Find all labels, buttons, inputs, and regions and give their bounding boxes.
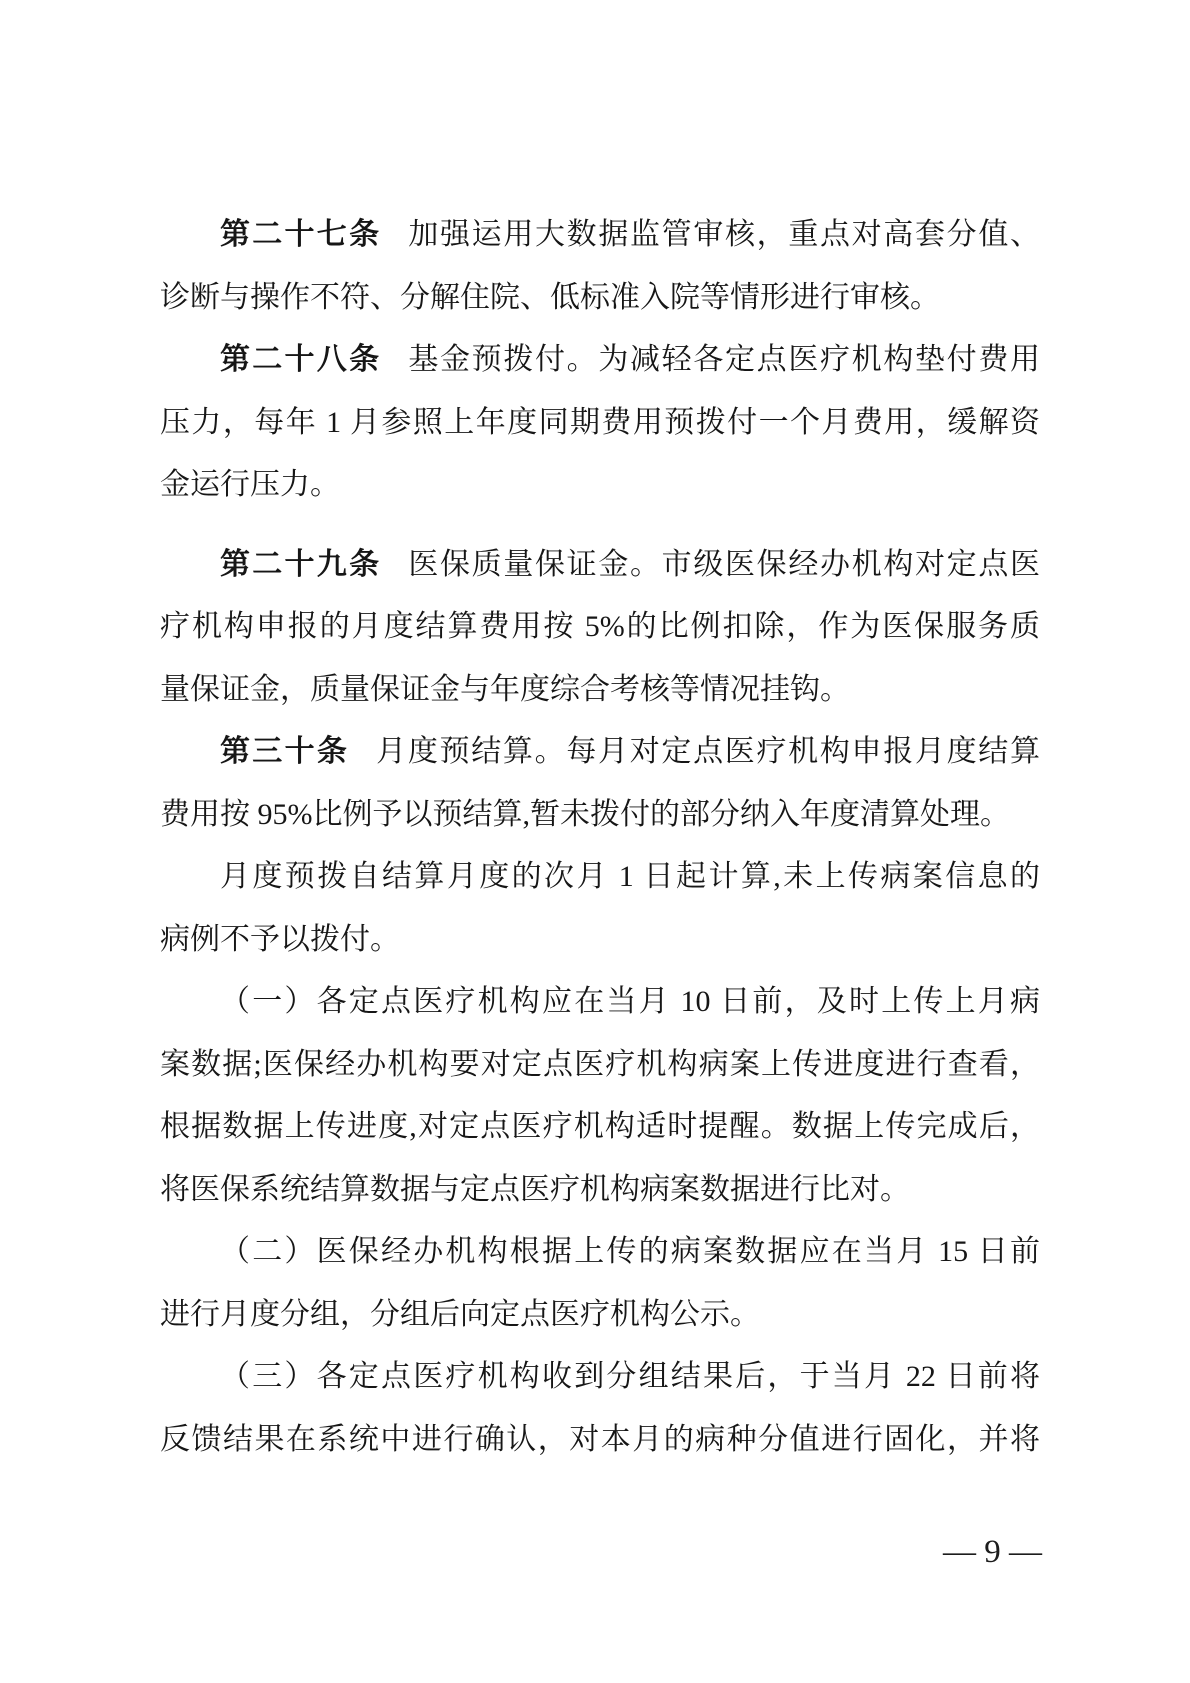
page-number: — 9 — bbox=[943, 1532, 1042, 1572]
article-28-paragraph: 第二十八条基金预拨付。为减轻各定点医疗机构垫付费用 压力，每年 1 月参照上年度… bbox=[160, 329, 1040, 517]
text-line: 诊断与操作不符、分解住院、低标准入院等情形进行审核。 bbox=[160, 267, 1040, 330]
article-number: 第三十条 bbox=[220, 735, 349, 768]
article-number: 第二十七条 bbox=[220, 218, 381, 251]
item-1-paragraph: （一）各定点医疗机构应在当月 10 日前，及时上传上月病 案数据;医保经办机构要… bbox=[160, 971, 1040, 1221]
text-line: 案数据;医保经办机构要对定点医疗机构病案上传进度进行查看， bbox=[160, 1034, 1040, 1097]
text-line: 第二十八条基金预拨付。为减轻各定点医疗机构垫付费用 bbox=[160, 329, 1040, 392]
article-text: 加强运用大数据监管审核，重点对高套分值、 bbox=[408, 218, 1040, 251]
text-line: 量保证金，质量保证金与年度综合考核等情况挂钩。 bbox=[160, 659, 1040, 722]
text-line: 根据数据上传进度,对定点医疗机构适时提醒。数据上传完成后， bbox=[160, 1096, 1040, 1159]
text-line: 将医保系统结算数据与定点医疗机构病案数据进行比对。 bbox=[160, 1159, 1040, 1222]
article-text: 医保质量保证金。市级医保经办机构对定点医 bbox=[408, 548, 1040, 581]
article-text: 基金预拨付。为减轻各定点医疗机构垫付费用 bbox=[408, 343, 1040, 376]
article-number: 第二十八条 bbox=[220, 343, 381, 376]
document-body: 第二十七条加强运用大数据监管审核，重点对高套分值、 诊断与操作不符、分解住院、低… bbox=[160, 204, 1040, 1471]
text-line: 压力，每年 1 月参照上年度同期费用预拨付一个月费用，缓解资 bbox=[160, 392, 1040, 455]
text-line: 第二十七条加强运用大数据监管审核，重点对高套分值、 bbox=[160, 204, 1040, 267]
article-30-paragraph: 第三十条月度预结算。每月对定点医疗机构申报月度结算 费用按 95%比例予以预结算… bbox=[160, 721, 1040, 846]
article-number: 第二十九条 bbox=[220, 548, 381, 581]
text-line: 反馈结果在系统中进行确认，对本月的病种分值进行固化，并将 bbox=[160, 1409, 1040, 1472]
text-line: （三）各定点医疗机构收到分组结果后，于当月 22 日前将 bbox=[160, 1346, 1040, 1409]
text-line: 进行月度分组，分组后向定点医疗机构公示。 bbox=[160, 1284, 1040, 1347]
text-line: 疗机构申报的月度结算费用按 5%的比例扣除，作为医保服务质 bbox=[160, 596, 1040, 659]
item-2-paragraph: （二）医保经办机构根据上传的病案数据应在当月 15 日前 进行月度分组，分组后向… bbox=[160, 1221, 1040, 1346]
text-line: 病例不予以拨付。 bbox=[160, 909, 1040, 972]
text-line: （一）各定点医疗机构应在当月 10 日前，及时上传上月病 bbox=[160, 971, 1040, 1034]
article-29-paragraph: 第二十九条医保质量保证金。市级医保经办机构对定点医 疗机构申报的月度结算费用按 … bbox=[160, 534, 1040, 722]
text-line: 费用按 95%比例予以预结算,暂未拨付的部分纳入年度清算处理。 bbox=[160, 784, 1040, 847]
text-line: 第二十九条医保质量保证金。市级医保经办机构对定点医 bbox=[160, 534, 1040, 597]
text-line: 月度预拨自结算月度的次月 1 日起计算,未上传病案信息的 bbox=[160, 846, 1040, 909]
article-27-paragraph: 第二十七条加强运用大数据监管审核，重点对高套分值、 诊断与操作不符、分解住院、低… bbox=[160, 204, 1040, 329]
text-line: 金运行压力。 bbox=[160, 454, 1040, 517]
text-line: 第三十条月度预结算。每月对定点医疗机构申报月度结算 bbox=[160, 721, 1040, 784]
continuation-paragraph: 月度预拨自结算月度的次月 1 日起计算,未上传病案信息的 病例不予以拨付。 bbox=[160, 846, 1040, 971]
text-line: （二）医保经办机构根据上传的病案数据应在当月 15 日前 bbox=[160, 1221, 1040, 1284]
article-text: 月度预结算。每月对定点医疗机构申报月度结算 bbox=[376, 735, 1040, 768]
document-page: 第二十七条加强运用大数据监管审核，重点对高套分值、 诊断与操作不符、分解住院、低… bbox=[0, 0, 1190, 1683]
item-3-paragraph: （三）各定点医疗机构收到分组结果后，于当月 22 日前将 反馈结果在系统中进行确… bbox=[160, 1346, 1040, 1471]
